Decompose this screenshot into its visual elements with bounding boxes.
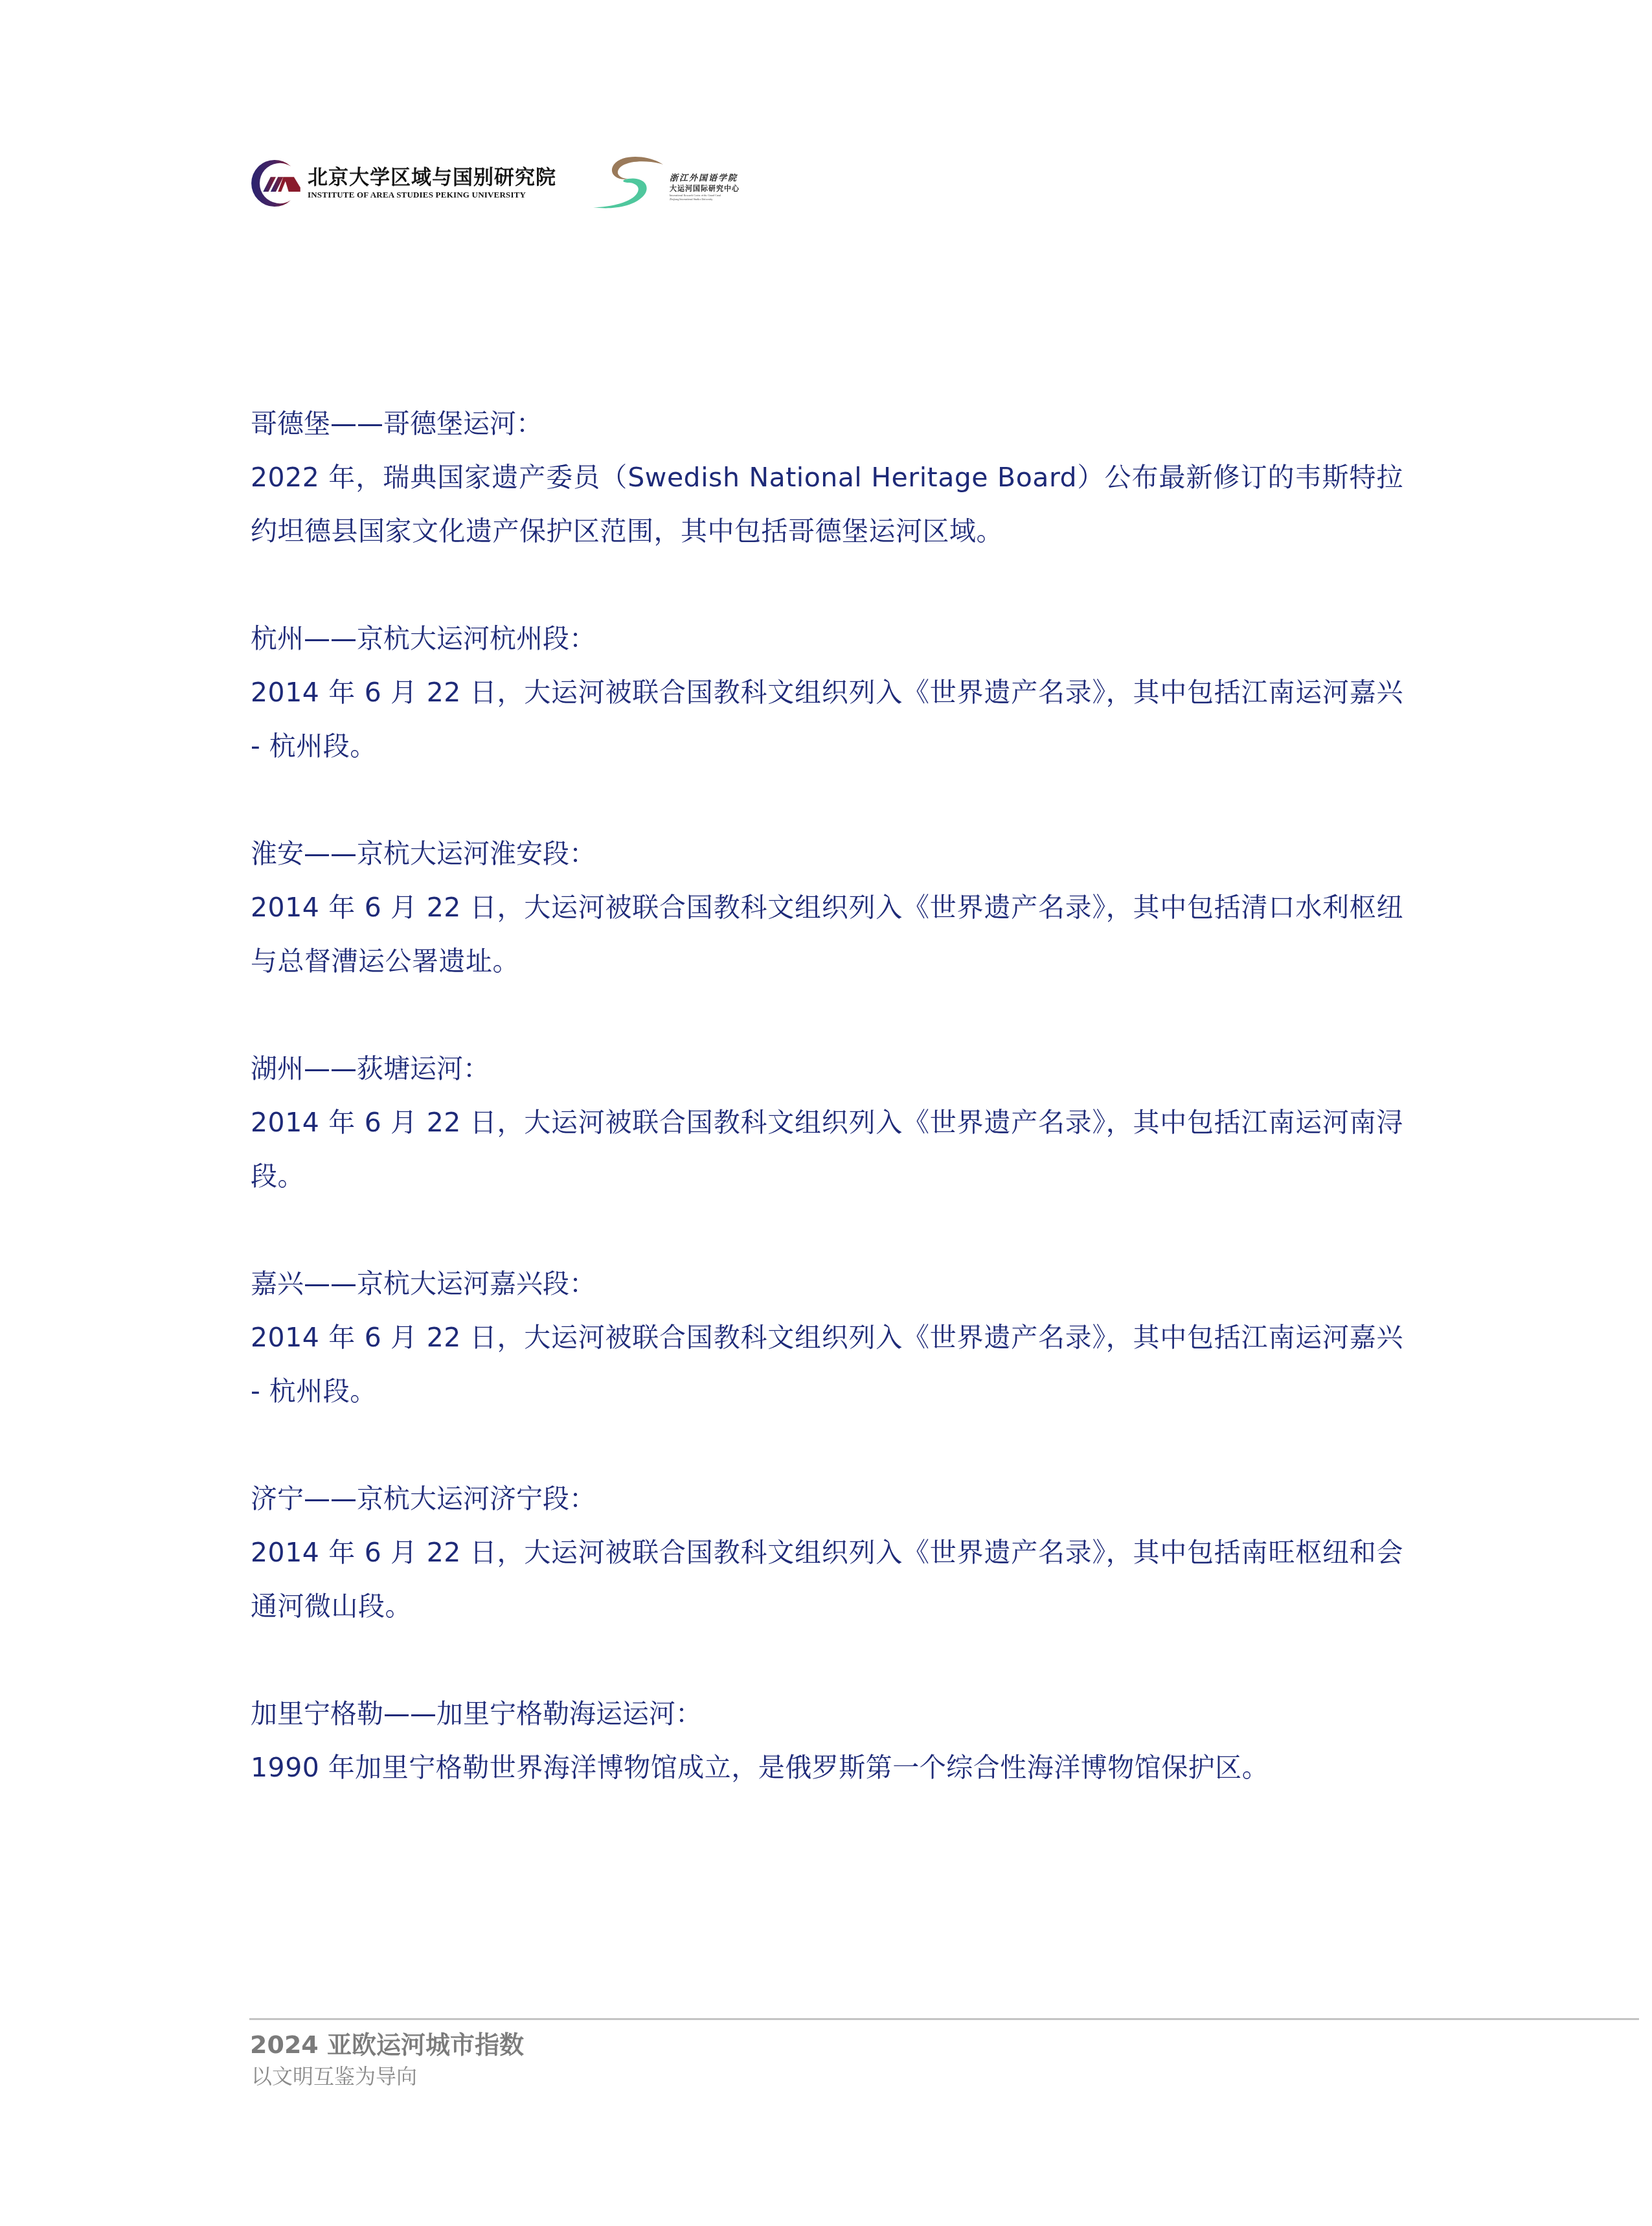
entry-body: 2022 年，瑞典国家遗产委员（Swedish National Heritag… (251, 451, 1403, 558)
entry-gothenburg: 哥德堡——哥德堡运河： 2022 年，瑞典国家遗产委员（Swedish Nati… (251, 397, 1403, 558)
entry-body: 2014 年 6 月 22 日，大运河被联合国教科文组织列入《世界遗产名录》，其… (251, 666, 1403, 773)
grand-canal-centre-name-cn: 大运河国际研究中心 (670, 184, 740, 194)
entry-jining: 济宁——京杭大运河济宁段： 2014 年 6 月 22 日，大运河被联合国教科文… (251, 1472, 1403, 1633)
entry-title: 嘉兴——京杭大运河嘉兴段： (251, 1257, 1403, 1311)
zisu-grand-canal-centre-logo: 浙江外国语学院 大运河国际研究中心 International Research… (592, 151, 740, 216)
entry-body: 2014 年 6 月 22 日，大运河被联合国教科文组织列入《世界遗产名录》，其… (251, 1526, 1403, 1633)
entry-huaian: 淮安——京杭大运河淮安段： 2014 年 6 月 22 日，大运河被联合国教科文… (251, 827, 1403, 988)
pku-institute-name-en: INSTITUTE OF AREA STUDIES PEKING UNIVERS… (308, 189, 556, 201)
entry-title: 济宁——京杭大运河济宁段： (251, 1472, 1403, 1526)
canal-heritage-list: 哥德堡——哥德堡运河： 2022 年，瑞典国家遗产委员（Swedish Nati… (251, 397, 1403, 1795)
entry-huzhou: 湖州——荻塘运河： 2014 年 6 月 22 日，大运河被联合国教科文组织列入… (251, 1042, 1403, 1203)
entry-title: 湖州——荻塘运河： (251, 1042, 1403, 1096)
zisu-name-cn: 浙江外国语学院 (670, 173, 740, 184)
page-header: 北京大学区域与国别研究院 INSTITUTE OF AREA STUDIES P… (249, 148, 740, 219)
pku-institute-name-cn: 北京大学区域与国别研究院 (308, 166, 556, 189)
entry-body: 2014 年 6 月 22 日，大运河被联合国教科文组织列入《世界遗产名录》，其… (251, 1096, 1403, 1203)
footer-report-title: 2024 亚欧运河城市指数 (250, 2030, 524, 2060)
entry-title: 杭州——京杭大运河杭州段： (251, 612, 1403, 666)
entry-kaliningrad: 加里宁格勒——加里宁格勒海运运河： 1990 年加里宁格勒世界海洋博物馆成立，是… (251, 1687, 1403, 1795)
grand-canal-swirl-icon (592, 153, 668, 214)
entry-body: 2014 年 6 月 22 日，大运河被联合国教科文组织列入《世界遗产名录》，其… (251, 881, 1403, 988)
zisu-name-en: Zhejiang International Studies Universit… (670, 198, 740, 201)
pku-institute-logo: 北京大学区域与国别研究院 INSTITUTE OF AREA STUDIES P… (249, 154, 556, 212)
entry-title: 淮安——京杭大运河淮安段： (251, 827, 1403, 881)
footer-report-subtitle: 以文明互鉴为导向 (251, 2063, 417, 2089)
pku-crescent-emblem-icon (249, 157, 302, 210)
entry-body: 2014 年 6 月 22 日，大运河被联合国教科文组织列入《世界遗产名录》，其… (251, 1311, 1403, 1418)
entry-body: 1990 年加里宁格勒世界海洋博物馆成立，是俄罗斯第一个综合性海洋博物馆保护区。 (251, 1741, 1403, 1795)
entry-title: 加里宁格勒——加里宁格勒海运运河： (251, 1687, 1403, 1741)
entry-jiaxing: 嘉兴——京杭大运河嘉兴段： 2014 年 6 月 22 日，大运河被联合国教科文… (251, 1257, 1403, 1418)
entry-title: 哥德堡——哥德堡运河： (251, 397, 1403, 451)
entry-hangzhou: 杭州——京杭大运河杭州段： 2014 年 6 月 22 日，大运河被联合国教科文… (251, 612, 1403, 773)
footer-divider (249, 2018, 1639, 2020)
